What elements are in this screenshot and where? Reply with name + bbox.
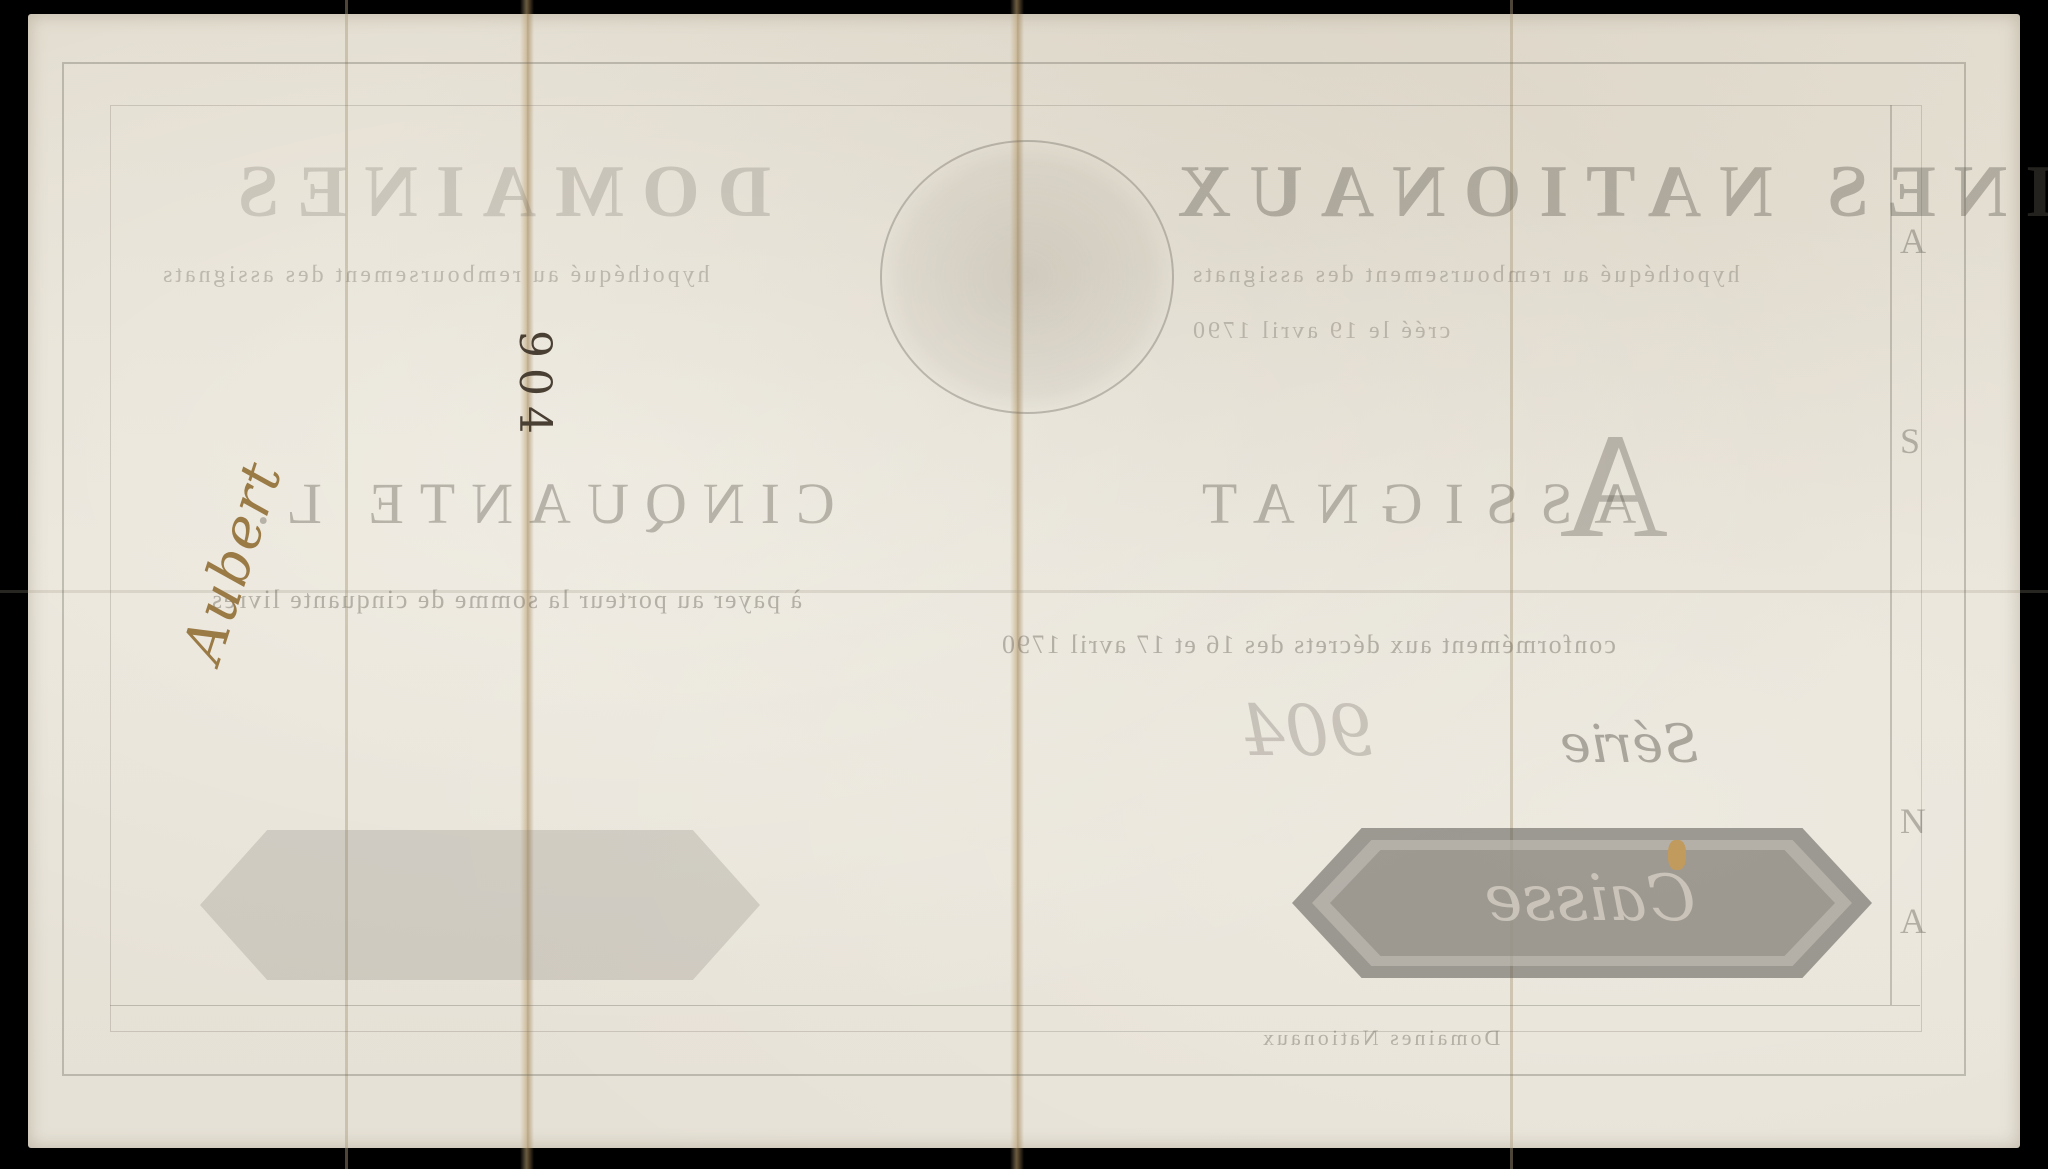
footer-rule (110, 1005, 1920, 1006)
mirrored-cartouche-text: Caisse (1380, 862, 1800, 936)
mirrored-subline-1: hypothéqué au remboursement des assignat… (1190, 262, 1740, 289)
mirrored-serie-number: 904 (1240, 690, 1374, 772)
mirrored-subline-2: créé le 19 avril 1790 (1190, 318, 1450, 345)
ink-stain (1668, 840, 1686, 870)
mirrored-cinquante-word: CINQUANTE L. (240, 470, 835, 537)
mirrored-body-line-1: à payer au porteur la somme de cinquante… (210, 585, 802, 615)
handwritten-serial-number: 904 (509, 330, 560, 444)
border-letter: A (1900, 900, 1926, 942)
oval-seal-medallion (880, 140, 1174, 414)
mirrored-subline-left: hypothéqué au remboursement des assignat… (160, 262, 710, 289)
border-letter: S (1900, 420, 1920, 462)
mirrored-body-line-2: conformément aux décrets des 16 et 17 av… (1000, 630, 1616, 660)
left-cartouche-stamp (200, 830, 760, 980)
border-letter: N (1900, 800, 1926, 842)
mirrored-assignat-word: ASSIGNAT (1180, 470, 1636, 537)
border-letter: A (1900, 220, 1926, 262)
mirrored-header-text-left: DOMAINES (220, 150, 771, 235)
mirrored-serie-label: Série (1560, 715, 1699, 775)
mirrored-footer-text: Domaines Nationaux (1260, 1025, 1500, 1051)
